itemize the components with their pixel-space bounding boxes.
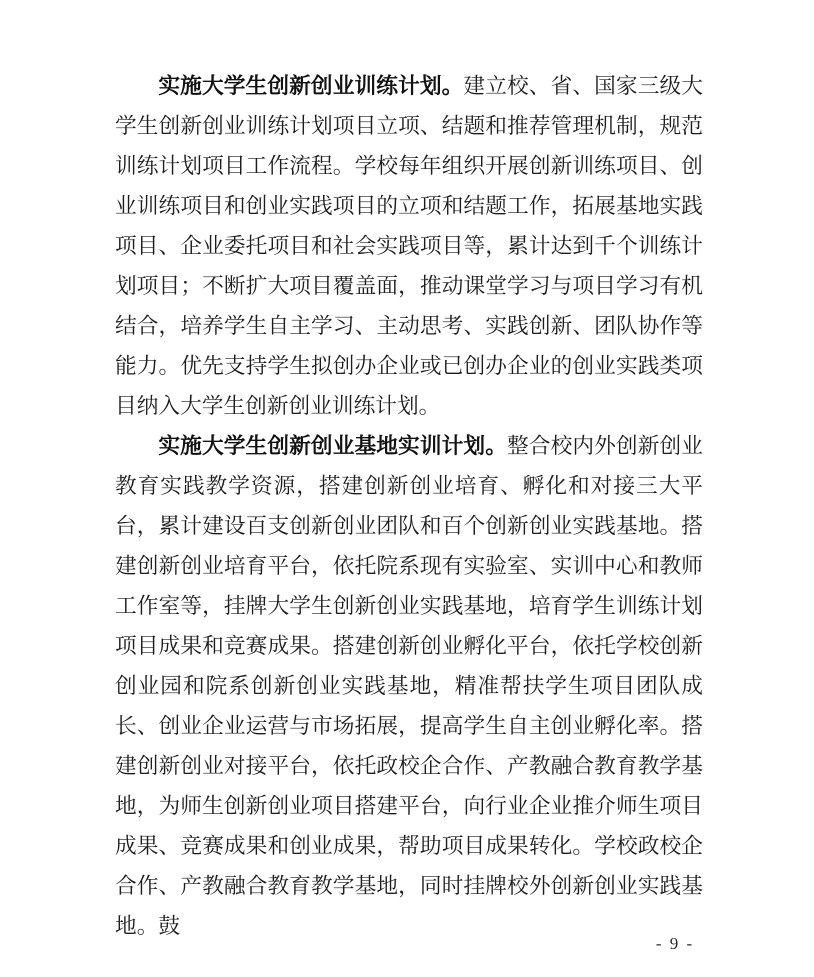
paragraph-training-plan-lead: 实施大学生创新创业训练计划。 <box>158 73 463 98</box>
document-body: 实施大学生创新创业训练计划。建立校、省、国家三级大学生创新创业训练计划项目立项、… <box>115 66 703 946</box>
document-page: 实施大学生创新创业训练计划。建立校、省、国家三级大学生创新创业训练计划项目立项、… <box>0 0 814 977</box>
paragraph-base-practice-plan-body: 整合校内外创新创业教育实践教学资源，搭建创新创业培育、孵化和对接三大平台，累计建… <box>115 434 703 938</box>
paragraph-training-plan: 实施大学生创新创业训练计划。建立校、省、国家三级大学生创新创业训练计划项目立项、… <box>115 66 703 426</box>
paragraph-training-plan-body: 建立校、省、国家三级大学生创新创业训练计划项目立项、结题和推荐管理机制，规范训练… <box>115 74 703 418</box>
page-number: - 9 - <box>643 934 707 954</box>
paragraph-base-practice-plan: 实施大学生创新创业基地实训计划。整合校内外创新创业教育实践教学资源，搭建创新创业… <box>115 426 703 946</box>
paragraph-base-practice-plan-lead: 实施大学生创新创业基地实训计划。 <box>158 433 507 458</box>
